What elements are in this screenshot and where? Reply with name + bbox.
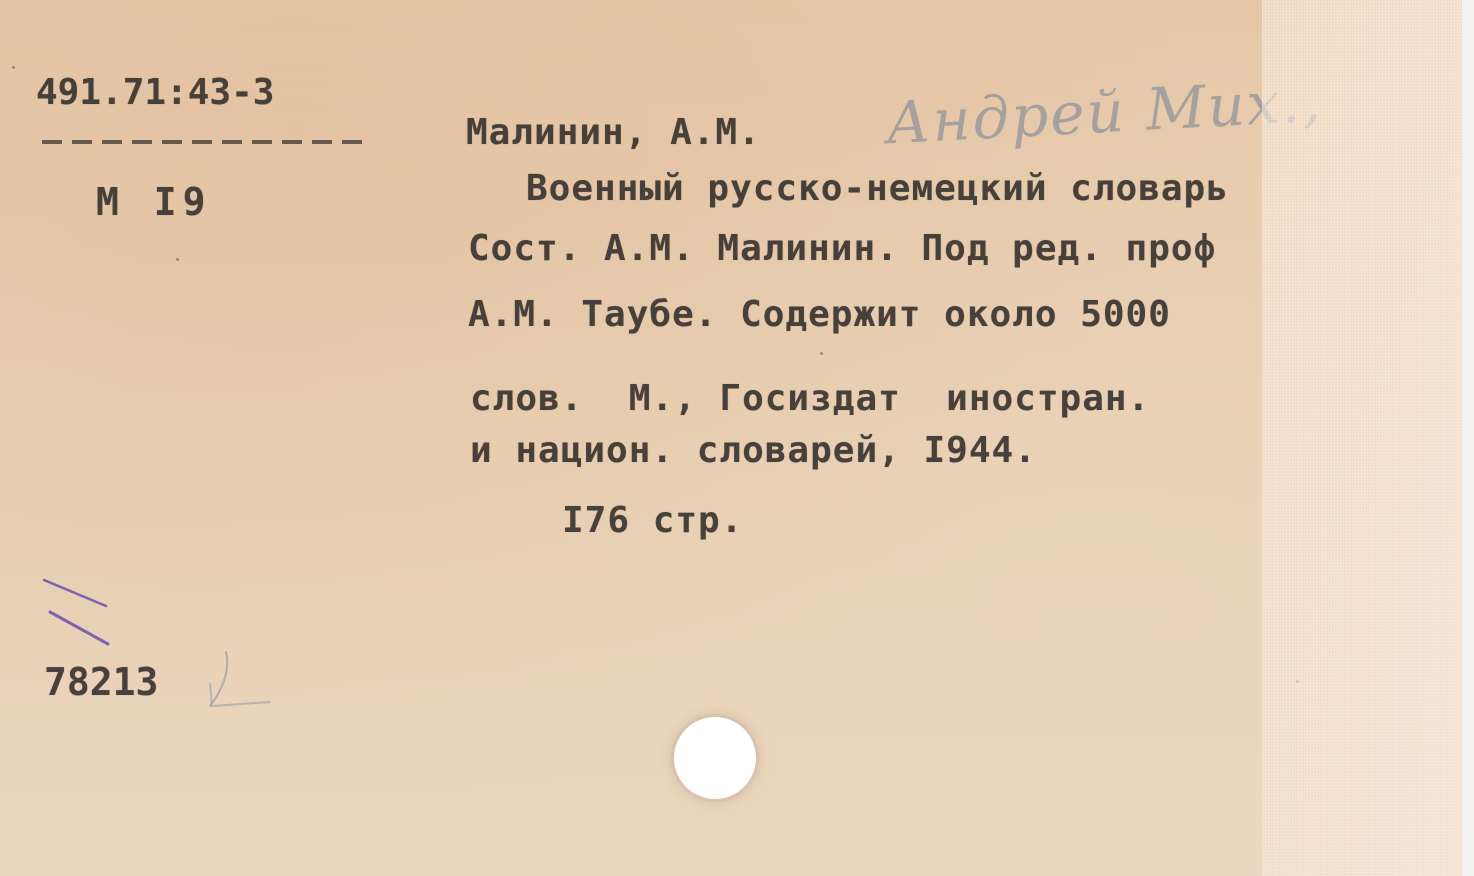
compiler-line: Сост. А.М. Малинин. Под ред. проф <box>468 228 1216 269</box>
punch-hole <box>674 717 756 799</box>
accession-number: 78213 <box>44 660 158 704</box>
paper-speck <box>1296 680 1299 683</box>
scan-edge <box>1462 0 1474 876</box>
paper-speck <box>176 258 179 261</box>
editor-line: А.М. Таубе. Содержит около 5000 <box>468 294 1171 335</box>
paper-speck <box>12 66 15 69</box>
publisher-line: слов. М., Госиздат иностран. <box>470 378 1150 419</box>
call-number-divider <box>42 140 372 144</box>
handwritten-author-name: Андрей Мих., <box>885 67 1324 158</box>
title-line: Военный русско-немецкий словарь <box>526 168 1229 209</box>
paper-speck <box>820 352 823 355</box>
purple-ink-marks-icon <box>40 578 120 648</box>
cutter-number: M I9 <box>96 180 212 224</box>
call-number: 491.71:43-3 <box>36 72 274 113</box>
catalog-card: 491.71:43-3 M I9 Малинин, А.М. Андрей Ми… <box>0 0 1474 876</box>
author-line: Малинин, А.М. <box>466 112 761 153</box>
pencil-check-mark-icon <box>204 648 274 714</box>
publisher-year-line: и национ. словарей, I944. <box>470 430 1037 471</box>
pages-line: I76 стр. <box>562 500 743 541</box>
